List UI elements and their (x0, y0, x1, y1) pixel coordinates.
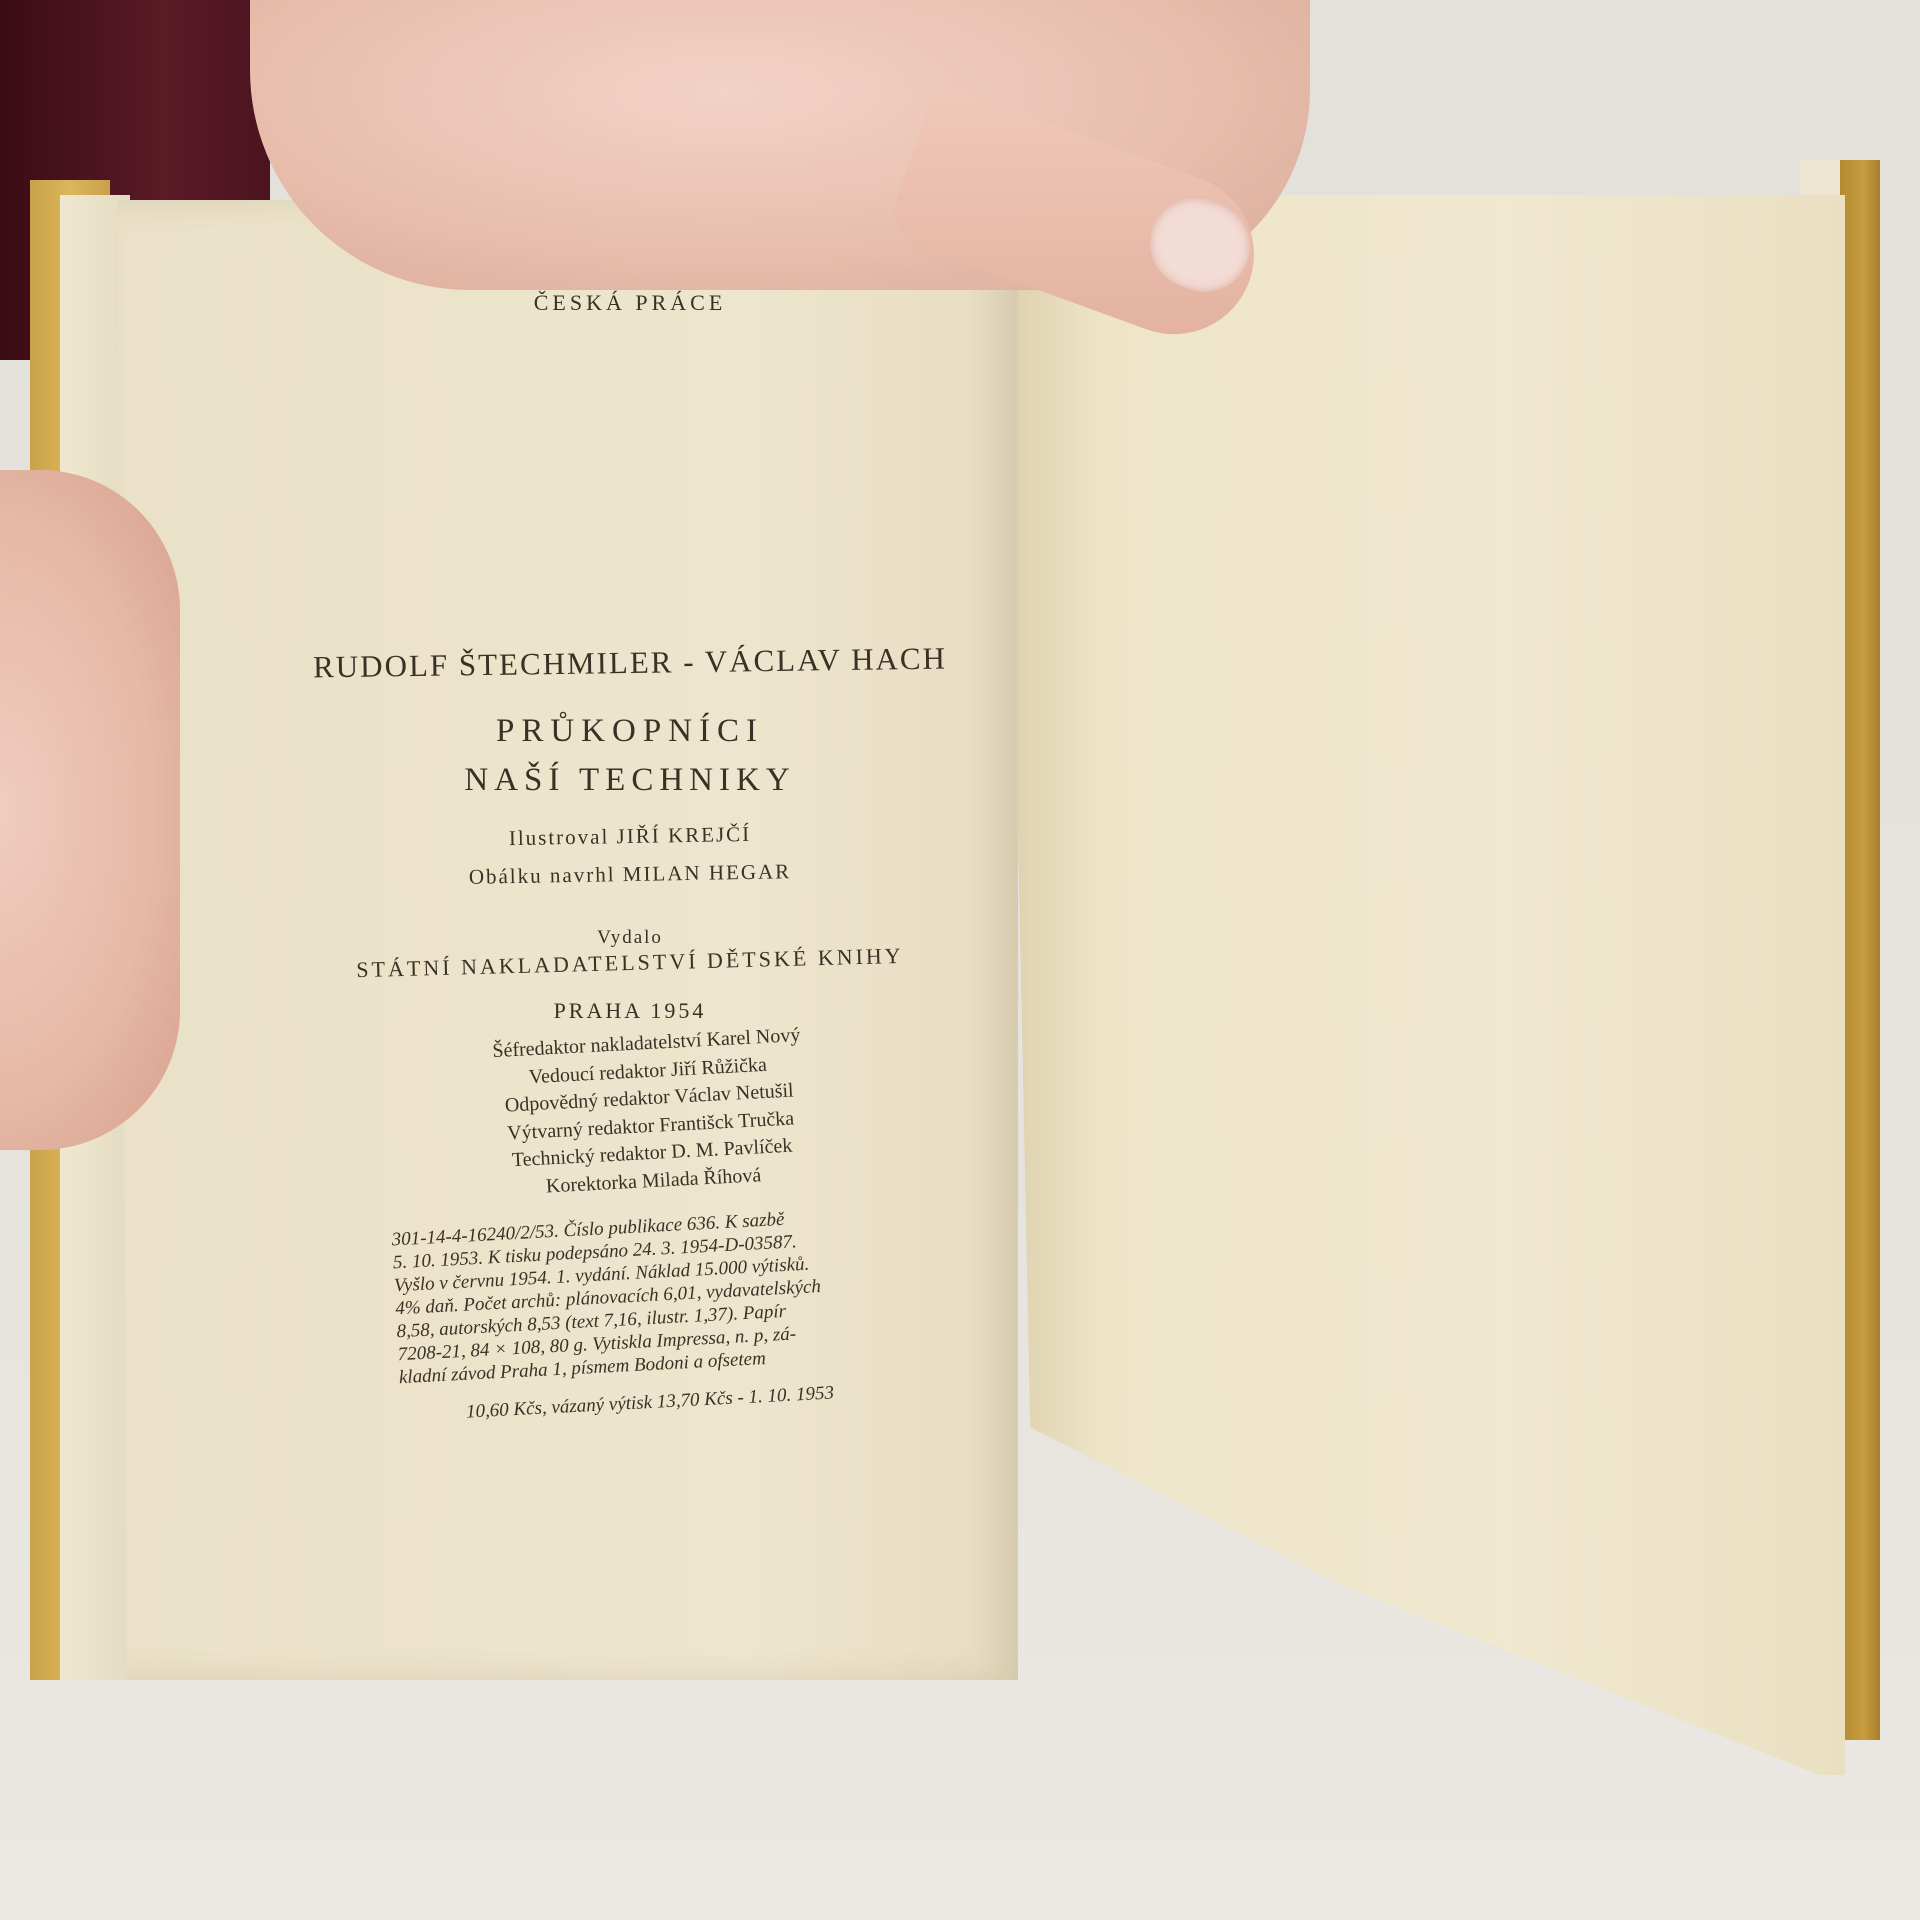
book-title-line1: PRŮKOPNÍCI (300, 713, 960, 750)
book-cover-right (1840, 160, 1880, 1740)
city-year: PRAHA 1954 (300, 998, 960, 1024)
editorial-staff-list: Šéfredaktor nakladatelství Karel Nový Ve… (456, 1020, 844, 1205)
right-page-blank[interactable] (1005, 195, 1845, 1775)
imprint-block: 301-14-4-16240/2/53. Číslo publikace 636… (391, 1202, 909, 1389)
book-title-line2: NAŠÍ TECHNIKY (300, 762, 960, 799)
series-title: ČESKÁ PRÁCE (300, 290, 960, 316)
hand-left (0, 470, 180, 1150)
